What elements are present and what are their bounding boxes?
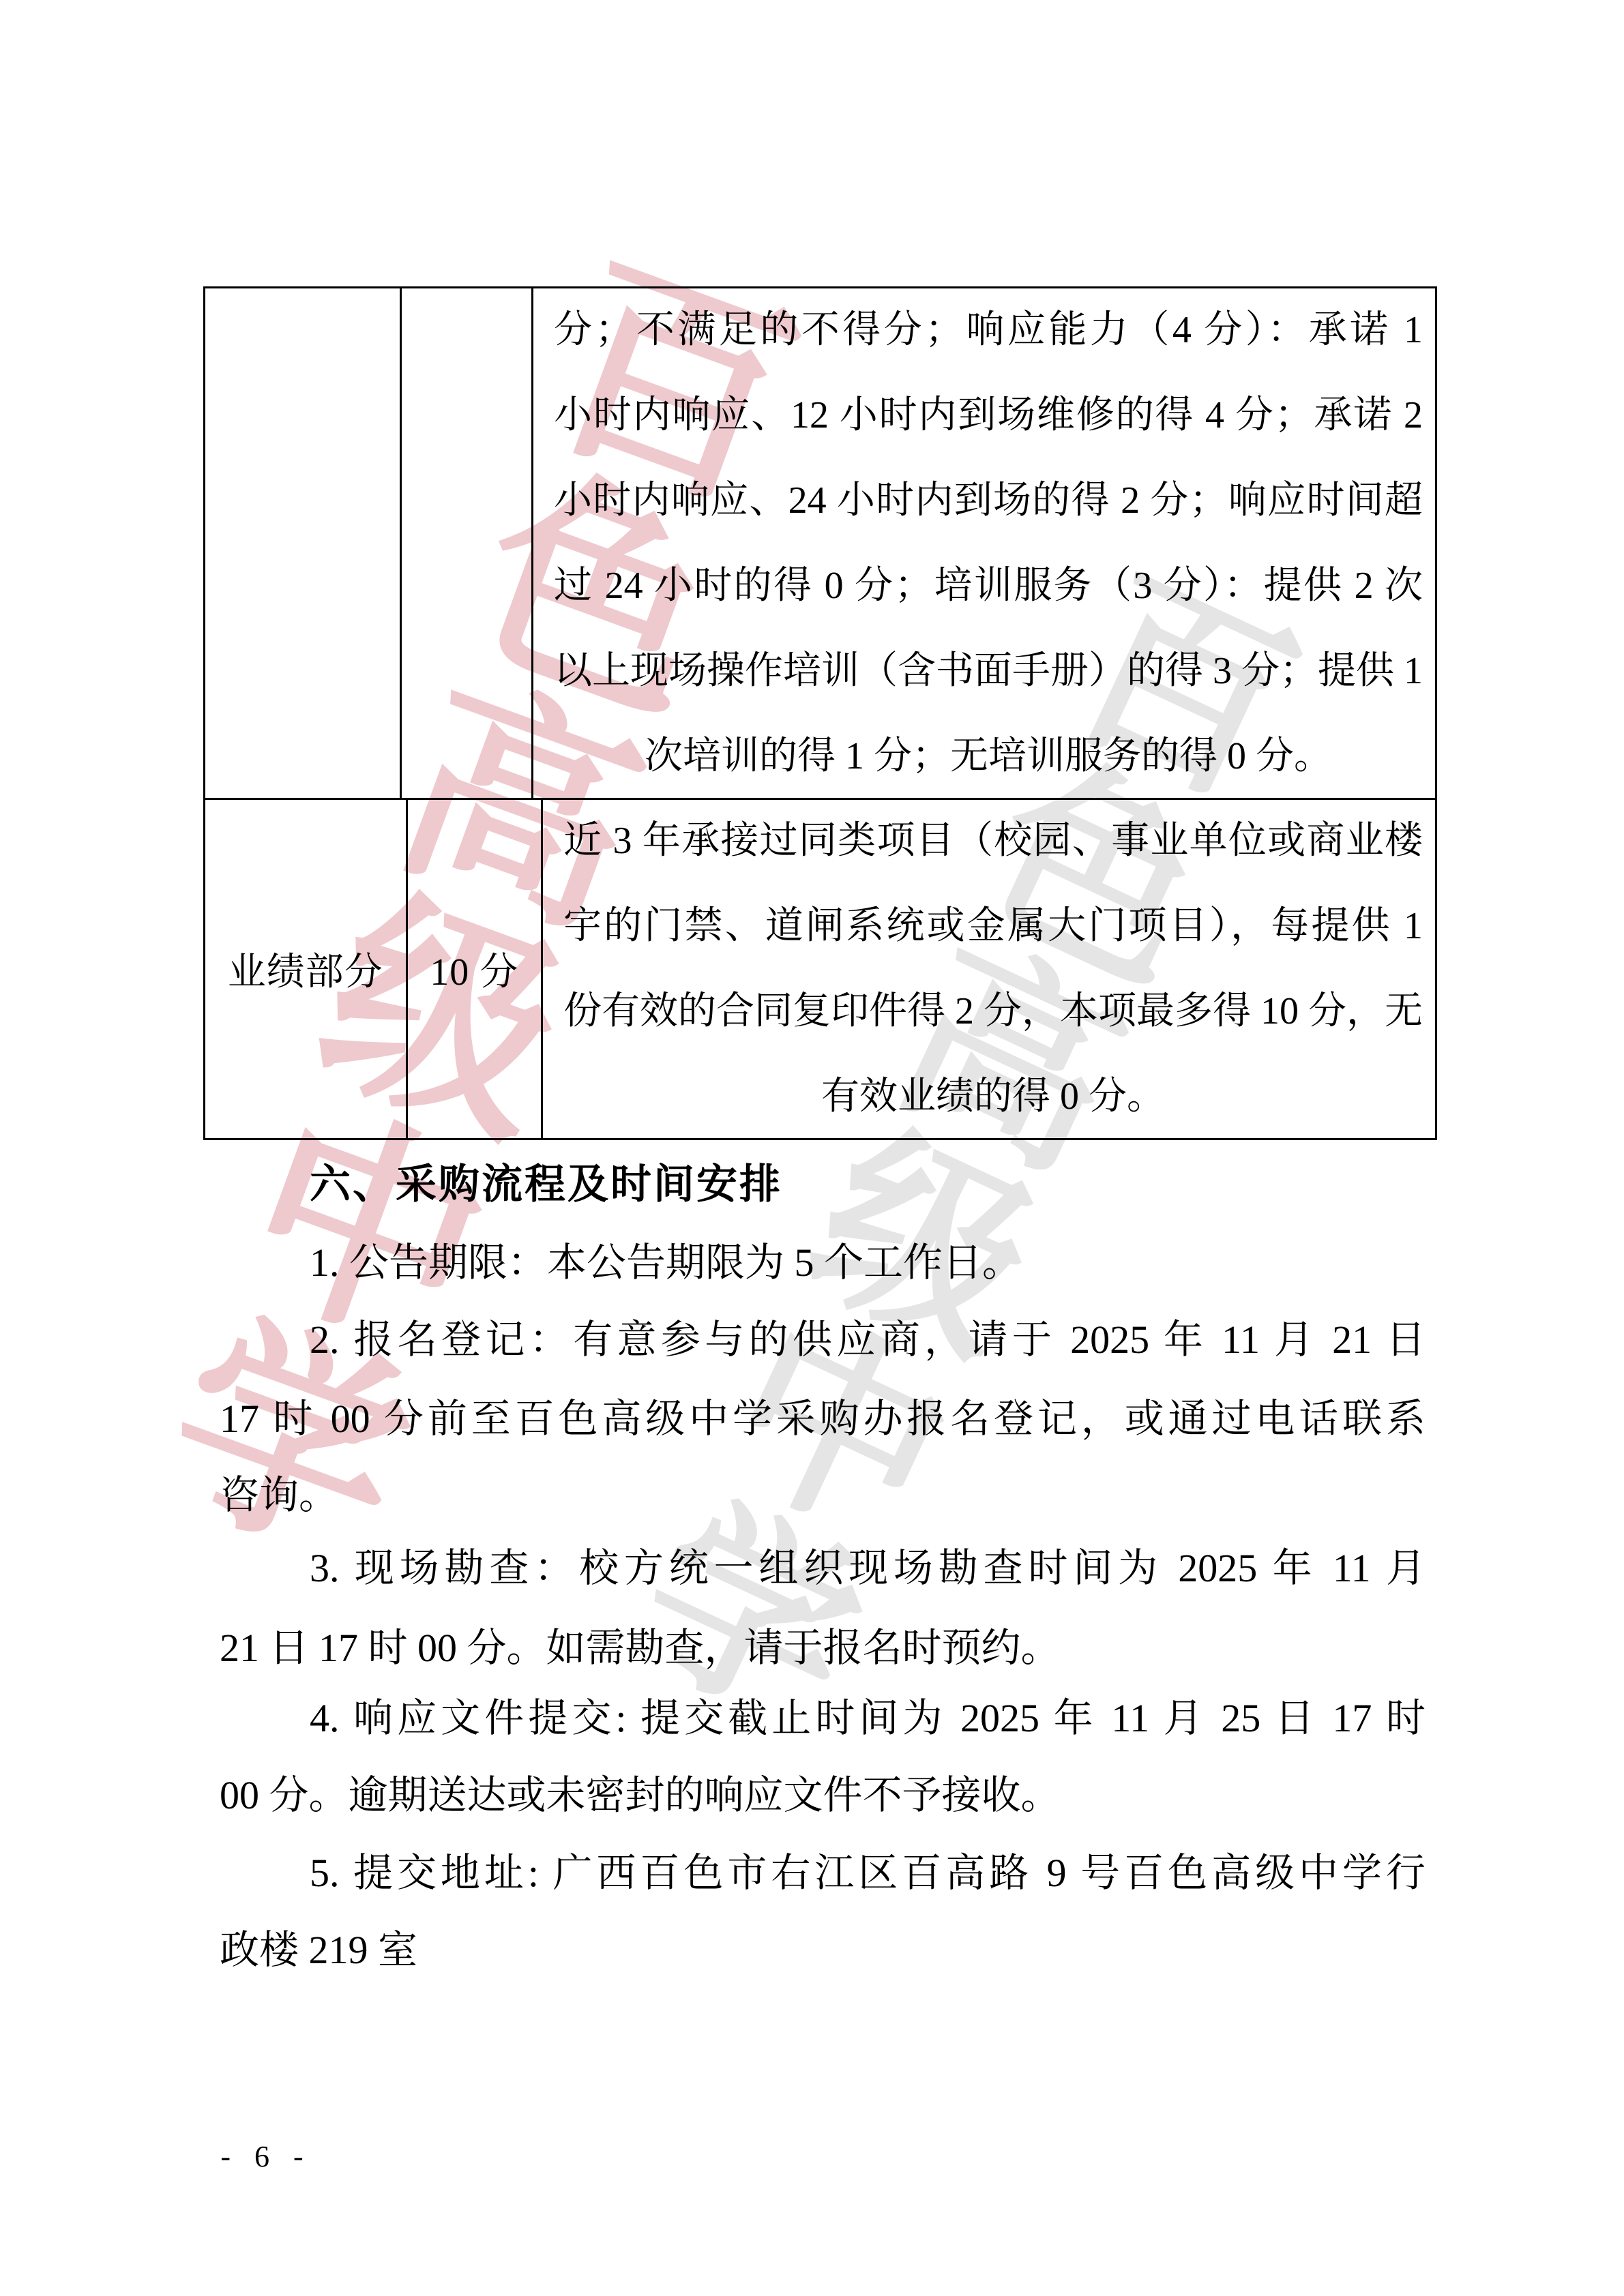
score-cell: 10 分 (408, 800, 543, 1138)
score-cell (402, 288, 533, 798)
detail-line: 分；不满足的不得分；响应能力（4 分）：承诺 1 (554, 288, 1423, 373)
detail-cell: 近 3 年承接过同类项目（校园、事业单位或商业楼 宇的门禁、道闸系统或金属大门项… (543, 800, 1435, 1138)
page-number: - 6 - (205, 2142, 327, 2172)
criteria-label: 业绩部分 (228, 942, 383, 996)
detail-cell: 分；不满足的不得分；响应能力（4 分）：承诺 1 小时内响应、12 小时内到场维… (533, 288, 1435, 798)
detail-line: 次培训的得 1 分；无培训服务的得 0 分。 (554, 714, 1423, 799)
list-item-line: 4. 响应文件提交: 提交截止时间为 2025 年 11 月 25 日 17 时 (310, 1697, 1426, 1740)
list-item-line: 17 时 00 分前至百色高级中学采购办报名登记，或通过电话联系 (220, 1398, 1426, 1440)
list-item-line: 00 分。逾期送达或未密封的响应文件不予接收。 (220, 1774, 1061, 1817)
detail-line: 近 3 年承接过同类项目（校园、事业单位或商业楼 (563, 799, 1423, 884)
detail-line: 宇的门禁、道闸系统或金属大门项目），每提供 1 (563, 884, 1423, 969)
table-row: 业绩部分 10 分 近 3 年承接过同类项目（校园、事业单位或商业楼 宇的门禁、… (205, 800, 1435, 1138)
criteria-cell (205, 288, 402, 798)
list-item-line: 3. 现场勘查：校方统一组织现场勘查时间为 2025 年 11 月 (310, 1547, 1426, 1590)
detail-line: 份有效的合同复印件得 2 分，本项最多得 10 分，无 (563, 969, 1423, 1054)
detail-line: 过 24 小时的得 0 分；培训服务（3 分）：提供 2 次 (554, 543, 1423, 629)
detail-line: 以上现场操作培训（含书面手册）的得 3 分；提供 1 (554, 629, 1423, 714)
list-item-line: 咨询。 (220, 1474, 338, 1517)
detail-line: 小时内响应、24 小时内到场的得 2 分；响应时间超 (554, 458, 1423, 543)
document-page: 百色高级中学 百色高级中学 分；不满足的不得分；响应能力（4 分）：承诺 1 小… (0, 0, 1624, 2296)
list-item-line: 21 日 17 时 00 分。如需勘查，请于报名时预约。 (220, 1627, 1061, 1669)
scoring-table: 分；不满足的不得分；响应能力（4 分）：承诺 1 小时内响应、12 小时内到场维… (203, 286, 1437, 1140)
list-item-line: 5. 提交地址: 广西百色市右江区百高路 9 号百色高级中学行 (310, 1852, 1426, 1894)
list-item-line: 2. 报名登记：有意参与的供应商，请于 2025 年 11 月 21 日 (310, 1319, 1426, 1361)
score-label: 10 分 (430, 942, 518, 996)
section-heading: 六、采购流程及时间安排 (310, 1163, 782, 1206)
table-row: 分；不满足的不得分；响应能力（4 分）：承诺 1 小时内响应、12 小时内到场维… (205, 288, 1435, 800)
list-item-line: 1. 公告期限：本公告期限为 5 个工作日。 (310, 1242, 1022, 1284)
detail-line: 有效业绩的得 0 分。 (563, 1054, 1423, 1139)
list-item-line: 政楼 219 室 (220, 1929, 417, 1971)
detail-line: 小时内响应、12 小时内到场维修的得 4 分；承诺 2 (554, 373, 1423, 458)
criteria-cell: 业绩部分 (205, 800, 408, 1138)
